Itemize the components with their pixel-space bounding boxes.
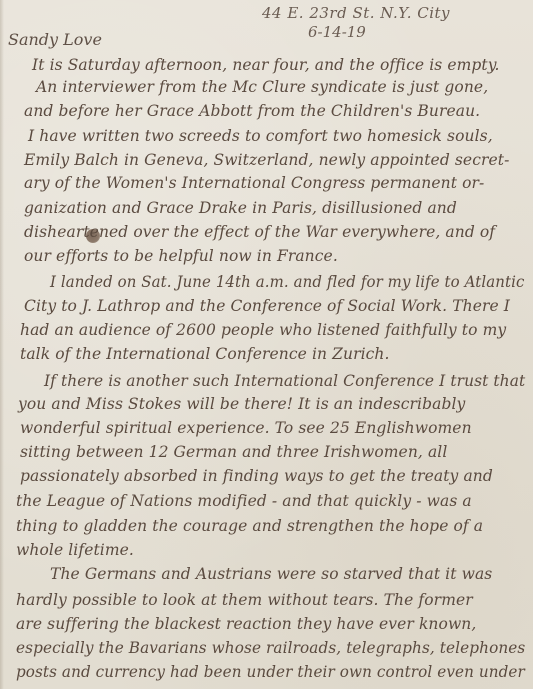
paper-edge (0, 0, 4, 689)
letter-page: 44 E. 23rd St. N.Y. City 6-14-19 Sandy L… (0, 0, 533, 689)
letter-line: our efforts to be helpful now in France. (24, 246, 338, 266)
letter-line: The Germans and Austrians were so starve… (50, 564, 492, 584)
letter-line: ary of the Women's International Congres… (24, 173, 484, 193)
letter-line: passionately absorbed in finding ways to… (20, 466, 493, 486)
letter-line: talk of the International Conference in … (20, 344, 390, 364)
letter-line: especially the Bavarians whose railroads… (16, 638, 525, 658)
letter-line: If there is another such International C… (44, 371, 525, 391)
letter-line: are suffering the blackest reaction they… (16, 614, 476, 634)
letter-line: you and Miss Stokes will be there! It is… (18, 394, 465, 414)
letter-line: An interviewer from the Mc Clure syndica… (36, 77, 488, 97)
letter-line: had an audience of 2600 people who liste… (20, 320, 506, 340)
letter-line: sitting between 12 German and three Iris… (20, 442, 447, 462)
letter-line: Emily Balch in Geneva, Switzerland, newl… (24, 150, 509, 170)
letter-line: It is Saturday afternoon, near four, and… (32, 55, 500, 75)
letter-line: the League of Nations modified - and tha… (16, 491, 472, 511)
letter-line: ganization and Grace Drake in Paris, dis… (24, 198, 457, 218)
letter-line: posts and currency had been under their … (16, 662, 525, 682)
letter-line: City to J. Lathrop and the Conference of… (24, 296, 510, 316)
letter-line: thing to gladden the courage and strengt… (16, 516, 483, 536)
letter-line: I have written two screeds to comfort tw… (28, 126, 493, 146)
letter-salutation: Sandy Love (8, 30, 102, 49)
letter-line: and before her Grace Abbott from the Chi… (24, 101, 480, 121)
letter-address: 44 E. 23rd St. N.Y. City (262, 4, 450, 22)
letter-date: 6-14-19 (308, 23, 366, 41)
letter-line: disheartened over the effect of the War … (24, 222, 495, 242)
letter-line: hardly possible to look at them without … (16, 590, 473, 610)
letter-line: I landed on Sat. June 14th a.m. and fled… (50, 272, 524, 292)
letter-line: wonderful spiritual experience. To see 2… (20, 418, 472, 438)
letter-line: whole lifetime. (16, 540, 134, 560)
